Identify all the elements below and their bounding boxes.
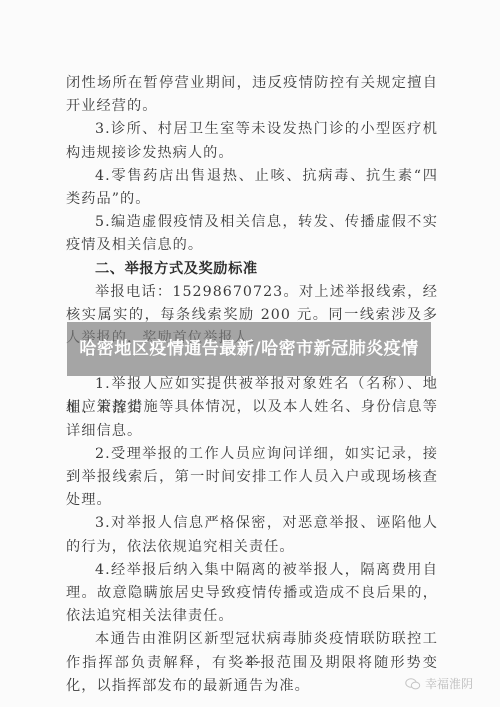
paragraph: 2.受理举报的工作人员应询问详细，如实记录，接到举报线索后，第一时间安排工作人员… [66, 443, 438, 513]
paragraph: 3.诊所、村居卫生室等未设发热门诊的小型医疗机构违规接诊发热病人的。 [66, 118, 438, 164]
title-banner: 哈密地区疫情通告最新/哈密市新冠肺炎疫情 [67, 322, 431, 376]
paragraph: 3.对举报人信息严格保密，对恶意举报、诬陷他人的行为，依法依规追究相关责任。 [66, 512, 438, 558]
watermark: 幸福淮阴 [405, 675, 473, 692]
page-number: - 2 - [0, 654, 500, 668]
watermark-text: 幸福淮阴 [425, 675, 473, 692]
wechat-icon [405, 678, 421, 690]
section-heading: 二、举报方式及奖励标准 [66, 258, 438, 281]
paragraph: 闭性场所在暂停营业期间，违反疫情防控有关规定擅自开业经营的。 [66, 72, 438, 118]
paragraph: 相应管控措施等具体情况，以及本人姓名、身份信息等详细信息。 [66, 396, 438, 442]
document-body: 闭性场所在暂停营业期间，违反疫情防控有关规定擅自开业经营的。 3.诊所、村居卫生… [66, 72, 438, 698]
document-page: 闭性场所在暂停营业期间，违反疫情防控有关规定擅自开业经营的。 3.诊所、村居卫生… [0, 0, 500, 707]
paragraph: 4.经举报后纳入集中隔离的被举报人，隔离费用自理。故意隐瞒旅居史导致疫情传播或造… [66, 559, 438, 629]
banner-title: 哈密地区疫情通告最新/哈密市新冠肺炎疫情 [79, 338, 419, 360]
paragraph: 4.零售药店出售退热、止咳、抗病毒、抗生素“四类药品”的。 [66, 165, 438, 211]
paragraph: 5.编造虚假疫情及相关信息，转发、传播虚假不实疫情及相关信息的。 [66, 211, 438, 257]
